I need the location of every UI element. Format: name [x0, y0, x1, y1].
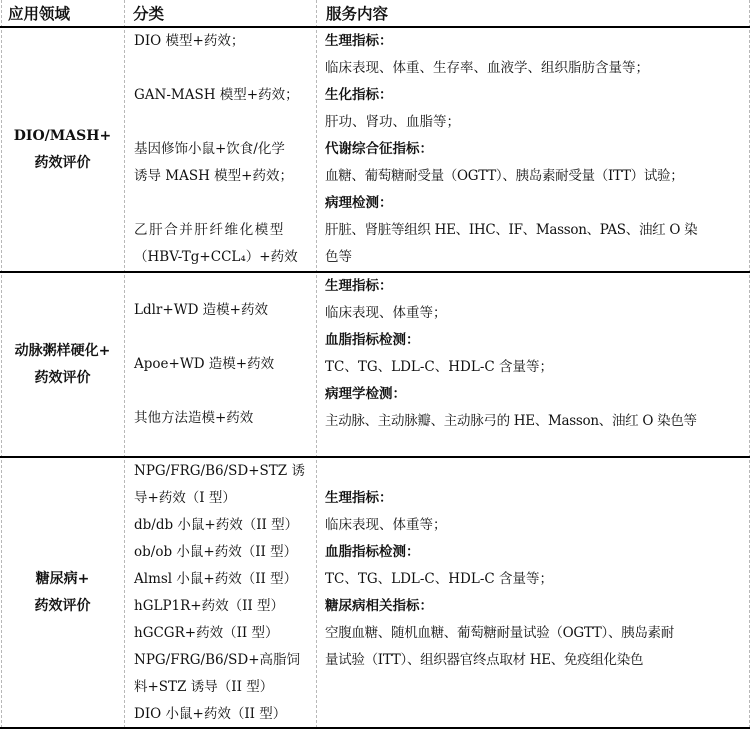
- category-item: db/db 小鼠+药效（II 型）: [134, 512, 314, 539]
- category-item: hGCGR+药效（II 型）: [134, 620, 314, 647]
- service-detail: 空腹血糖、随机血糖、葡萄糖耐量试验（OGTT）、胰岛素耐: [325, 620, 747, 647]
- row-domain-atherosclerosis: 动脉粥样硬化+ 药效评价: [1, 273, 124, 456]
- category-item: DIO 小鼠+药效（II 型）: [134, 701, 314, 728]
- category-item: hGLP1R+药效（II 型）: [134, 593, 314, 620]
- category-item: （HBV-Tg+CCL₄）+药效: [134, 244, 314, 271]
- service-heading: 生理指标：: [325, 273, 747, 300]
- category-item: 料+STZ 诱导（II 型）: [134, 674, 314, 701]
- service-heading: 代谢综合征指标：: [325, 136, 747, 163]
- service-detail: TC、TG、LDL-C、HDL-C 含量等；: [325, 566, 747, 593]
- service-detail: 肝功、肾功、血脂等；: [325, 109, 747, 136]
- table-bottom-border: [0, 727, 750, 729]
- service-table: 应用领域 分类 服务内容 DIO/MASH+ 药效评价 DIO 模型+药效； G…: [0, 0, 752, 730]
- service-detail: 临床表现、体重等；: [325, 512, 747, 539]
- domain-line: 动脉粥样硬化+: [1, 338, 124, 365]
- category-item: Apoe+WD 造模+药效: [134, 351, 314, 378]
- category-item: DIO 模型+药效；: [134, 28, 314, 55]
- domain-line: 药效评价: [1, 593, 124, 620]
- service-detail: 量试验（ITT）、组织器官终点取材 HE、免疫组化染色: [325, 647, 747, 674]
- category-item: 其他方法造模+药效: [134, 405, 314, 432]
- domain-line: 药效评价: [1, 150, 124, 177]
- category-spacer: [134, 55, 314, 82]
- service-detail: 血糖、葡萄糖耐受量（OGTT）、胰岛素耐受量（ITT）试验；: [325, 163, 747, 190]
- row-services-atherosclerosis: 生理指标： 临床表现、体重等； 血脂指标检测： TC、TG、LDL-C、HDL-…: [325, 273, 747, 435]
- table-border-right: [749, 0, 750, 728]
- service-detail: 色等: [325, 244, 747, 271]
- category-item: NPG/FRG/B6/SD+高脂饲: [134, 647, 314, 674]
- category-item: 诱导 MASH 模型+药效；: [134, 163, 314, 190]
- row-categories-diabetes: NPG/FRG/B6/SD+STZ 诱 导+药效（I 型） db/db 小鼠+药…: [134, 458, 314, 728]
- service-detail: 肝脏、肾脏等组织 HE、IHC、IF、Masson、PAS、油红 O 染: [325, 217, 747, 244]
- category-item: 乙肝合并肝纤维化模型: [134, 217, 314, 244]
- category-item: GAN-MASH 模型+药效；: [134, 82, 314, 109]
- column-divider-1: [124, 0, 125, 728]
- row-categories-atherosclerosis: Ldlr+WD 造模+药效 Apoe+WD 造模+药效 其他方法造模+药效: [134, 273, 314, 432]
- service-detail: TC、TG、LDL-C、HDL-C 含量等；: [325, 354, 747, 381]
- service-heading: 血脂指标检测：: [325, 327, 747, 354]
- service-detail: 临床表现、体重、生存率、血液学、组织脂肪含量等；: [325, 55, 747, 82]
- header-domain: 应用领域: [8, 0, 122, 27]
- row-domain-dio-mash: DIO/MASH+ 药效评价: [1, 28, 124, 271]
- service-detail: 临床表现、体重等；: [325, 300, 747, 327]
- domain-line: 药效评价: [1, 365, 124, 392]
- category-item: Almsl 小鼠+药效（II 型）: [134, 566, 314, 593]
- service-spacer: [325, 458, 747, 485]
- column-divider-2: [316, 0, 317, 728]
- category-item: Ldlr+WD 造模+药效: [134, 297, 314, 324]
- header-category: 分类: [133, 0, 313, 27]
- category-spacer: [134, 273, 314, 297]
- category-item: 导+药效（I 型）: [134, 485, 314, 512]
- row-services-dio-mash: 生理指标： 临床表现、体重、生存率、血液学、组织脂肪含量等； 生化指标： 肝功、…: [325, 28, 747, 271]
- category-spacer: [134, 378, 314, 405]
- service-heading: 生化指标：: [325, 82, 747, 109]
- row-domain-diabetes: 糖尿病+ 药效评价: [1, 458, 124, 727]
- category-item: NPG/FRG/B6/SD+STZ 诱: [134, 458, 314, 485]
- service-heading: 血脂指标检测：: [325, 539, 747, 566]
- category-spacer: [134, 190, 314, 217]
- service-heading: 病理学检测：: [325, 381, 747, 408]
- category-spacer: [134, 324, 314, 351]
- service-detail: 主动脉、主动脉瓣、主动脉弓的 HE、Masson、油红 O 染色等: [325, 408, 747, 435]
- service-heading: 病理检测：: [325, 190, 747, 217]
- domain-line: 糖尿病+: [1, 566, 124, 593]
- category-spacer: [134, 109, 314, 136]
- row-services-diabetes: 生理指标： 临床表现、体重等； 血脂指标检测： TC、TG、LDL-C、HDL-…: [325, 458, 747, 674]
- row-categories-dio-mash: DIO 模型+药效； GAN-MASH 模型+药效； 基因修饰小鼠+饮食/化学 …: [134, 28, 314, 271]
- category-item: 基因修饰小鼠+饮食/化学: [134, 136, 314, 163]
- service-heading: 生理指标：: [325, 28, 747, 55]
- domain-line: DIO/MASH+: [1, 123, 124, 150]
- header-services: 服务内容: [326, 0, 746, 27]
- service-heading: 生理指标：: [325, 485, 747, 512]
- service-heading: 糖尿病相关指标：: [325, 593, 747, 620]
- category-item: ob/ob 小鼠+药效（II 型）: [134, 539, 314, 566]
